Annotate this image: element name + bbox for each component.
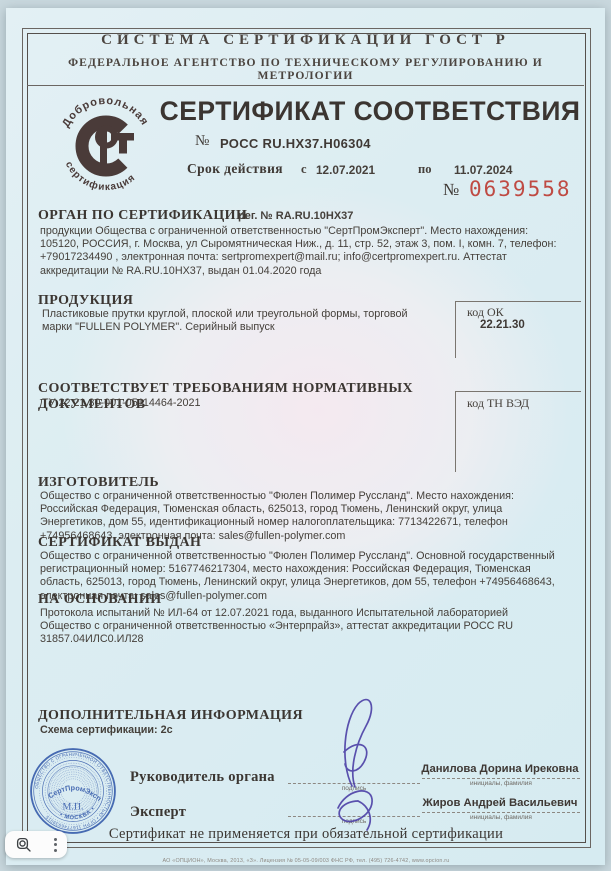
- section-organ-title: ОРГАН ПО СЕРТИФИКАЦИИ: [38, 208, 247, 224]
- organ-reg-number: рег. № RA.RU.10HX37: [238, 210, 353, 222]
- head-role-label: Руководитель органа: [130, 769, 275, 786]
- validity-to-date: 11.07.2024: [454, 163, 512, 177]
- mandatory-certification-note: Сертификат не применяется при обязательн…: [66, 826, 546, 843]
- scanned-certificate-page: СИСТЕМА СЕРТИФИКАЦИИ ГОСТ Р ФЕДЕРАЛЬНОЕ …: [0, 0, 611, 871]
- head-name-caption: инициалы, фамилия: [422, 780, 580, 787]
- serial-number-digits: 0639558: [469, 177, 572, 201]
- expert-name-line: [422, 812, 580, 813]
- production-body: Пластиковые прутки круглой, плоской или …: [42, 308, 420, 334]
- validity-from-word: с: [301, 162, 307, 177]
- expert-role-label: Эксперт: [130, 804, 186, 821]
- certificate-title: СЕРТИФИКАТ СООТВЕТСТВИЯ: [158, 96, 582, 127]
- certification-system-line: СИСТЕМА СЕРТИФИКАЦИИ ГОСТ Р: [27, 32, 584, 49]
- validity-label: Срок действия: [187, 161, 283, 177]
- cert-number-label: №: [195, 133, 209, 150]
- agency-line: ФЕДЕРАЛЬНОЕ АГЕНТСТВО ПО ТЕХНИЧЕСКОМУ РЕ…: [27, 56, 584, 82]
- head-name: Данилова Дорина Ирековна: [420, 763, 580, 775]
- expert-name: Жиров Андрей Васильевич: [420, 797, 580, 809]
- section-additional-title: ДОПОЛНИТЕЛЬНАЯ ИНФОРМАЦИЯ: [38, 708, 303, 724]
- basis-body: Протокола испытаний № ИЛ-64 от 12.07.202…: [40, 607, 562, 647]
- rst-logo: Добровольная сертификация: [50, 88, 162, 200]
- organ-body: продукции Общества с ограниченной ответс…: [40, 225, 562, 278]
- svg-text:СертПромЭксперт: СертПромЭксперт: [12, 730, 103, 803]
- code-tn-ved-box: код ТН ВЭД: [455, 391, 581, 472]
- code-ok-label: код ОК: [467, 305, 504, 320]
- code-tn-ved-label: код ТН ВЭД: [467, 396, 529, 411]
- certificate-sheet: СИСТЕМА СЕРТИФИКАЦИИ ГОСТ Р ФЕДЕРАЛЬНОЕ …: [6, 8, 605, 865]
- image-viewer-overlay[interactable]: [5, 831, 67, 858]
- expert-name-caption: инициалы, фамилия: [422, 814, 580, 821]
- print-house-imprint: АО «ОПЦИОН», Москва, 2013, «З». Лицензия…: [86, 858, 526, 864]
- validity-from-date: 12.07.2021: [316, 163, 375, 177]
- code-ok-value: 22.21.30: [480, 319, 525, 331]
- cert-number-value: РОСС RU.HX37.H06304: [220, 136, 371, 151]
- search-lens-icon[interactable]: [15, 836, 33, 854]
- section-basis-title: НА ОСНОВАНИИ: [38, 592, 162, 608]
- header-divider: [27, 85, 584, 86]
- validity-to-word: по: [418, 162, 431, 177]
- stamp-company-text: СертПромЭксперт: [12, 730, 103, 803]
- handwritten-signatures: [300, 690, 410, 840]
- head-name-line: [422, 778, 580, 779]
- kebab-menu-icon[interactable]: [54, 838, 57, 852]
- stamp-mp-text: М.П.: [63, 801, 84, 812]
- section-production-title: ПРОДУКЦИЯ: [38, 293, 133, 309]
- section-manufacturer-title: ИЗГОТОВИТЕЛЬ: [38, 475, 159, 491]
- conformity-body: ТУ 22.21.30-001-05114464-2021: [42, 397, 432, 410]
- code-ok-box: код ОК 22.21.30: [455, 301, 581, 358]
- serial-number-label: №: [443, 180, 459, 200]
- section-issued-title: СЕРТИФИКАТ ВЫДАН: [38, 535, 201, 551]
